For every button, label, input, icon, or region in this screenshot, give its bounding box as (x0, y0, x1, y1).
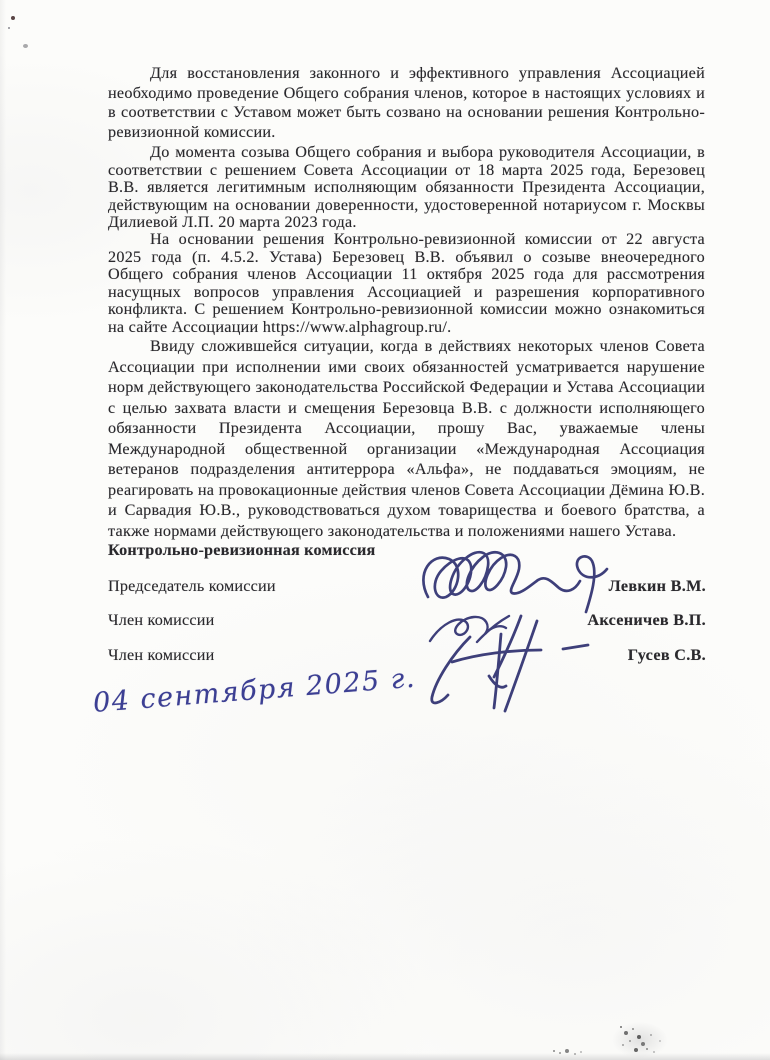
signatory-role-member-2: Член комиссии (108, 646, 215, 665)
paper-speck (8, 27, 10, 29)
paragraph-restore-governance: Для восстановления законного и эффективн… (108, 64, 705, 142)
signatory-role-member-1: Член комиссии (108, 611, 215, 630)
paper-speck (11, 16, 15, 20)
handwritten-date: 04 сентября 2025 г. (92, 665, 384, 719)
smudge-dots (620, 1026, 622, 1028)
scan-edge-shadow-bottom (0, 1053, 770, 1060)
paragraph-extraordinary-meeting: На основании решения Контрольно-ревизион… (108, 231, 705, 336)
paper-speck (23, 44, 28, 48)
signatory-name-aksenichev: Аксеничев В.П. (587, 611, 706, 630)
signatory-role-chairman: Председатель комиссии (108, 577, 276, 596)
signature-levkin-ink (423, 552, 607, 612)
signature-gusev-ink (432, 616, 588, 711)
signatory-name-levkin: Левкин В.М. (609, 577, 706, 596)
committee-heading: Контрольно-ревизионная комиссия (108, 541, 588, 560)
smudge-dots (553, 1050, 555, 1052)
signatory-name-gusev: Гусев С.В. (628, 646, 706, 665)
paragraph-interim-president: До момента созыва Общего собрания и выбо… (108, 144, 705, 232)
signature-aksenichev-ink (430, 616, 509, 642)
scanned-document-page: Для восстановления законного и эффективн… (0, 0, 770, 1060)
scan-edge-shadow-left (0, 0, 6, 1060)
paragraph-appeal-to-members: Ввиду сложившейся ситуации, когда в дейс… (108, 336, 705, 541)
